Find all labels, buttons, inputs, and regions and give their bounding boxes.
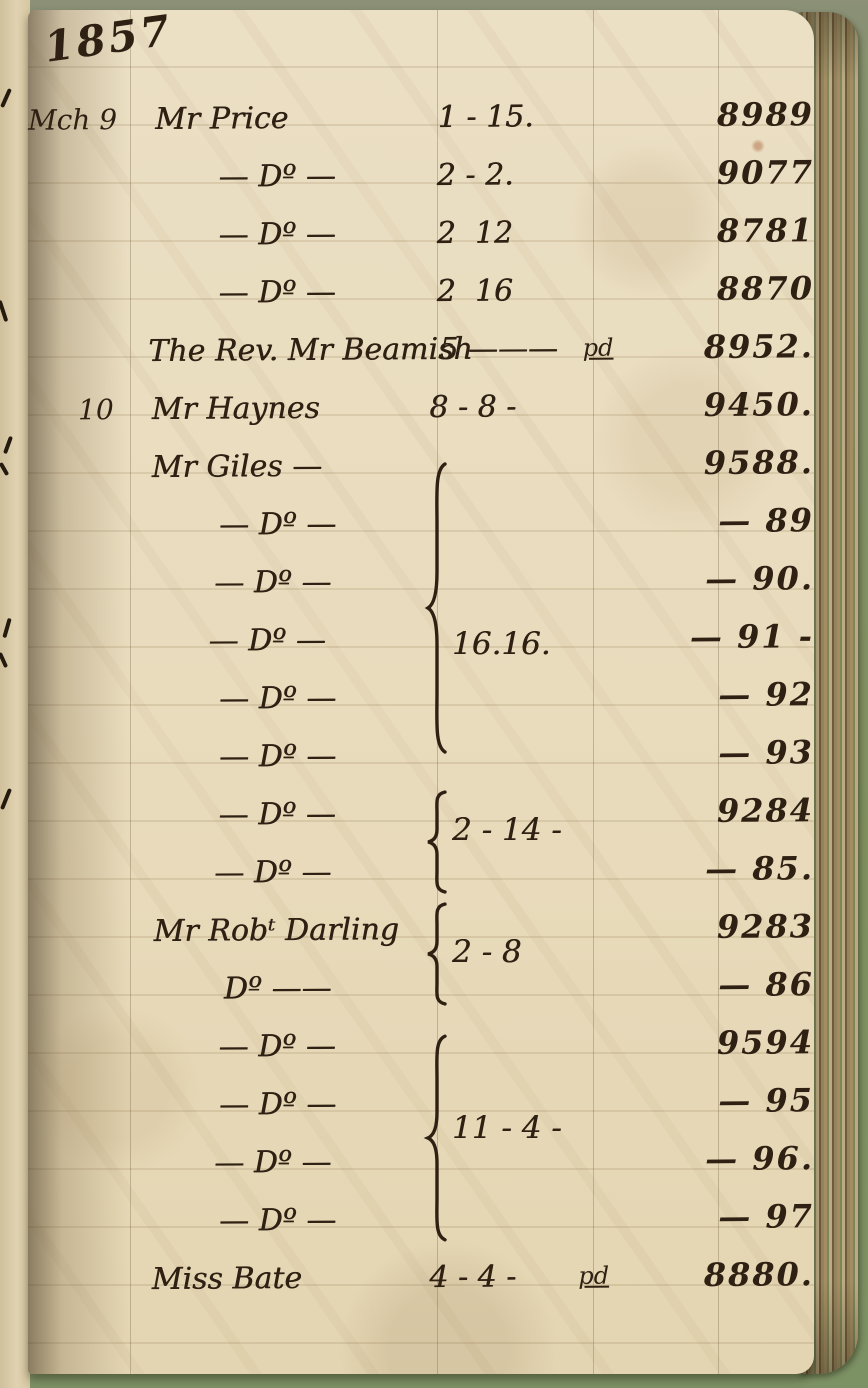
- amount-cell: 8 - 8 -: [419, 388, 568, 424]
- amount-cell: [428, 522, 581, 523]
- paid-cell: [580, 1217, 702, 1218]
- ledger-rows: Mch 9Mr Price1 - 15.8989— Dº —2 - 2.9077…: [28, 88, 814, 1306]
- name-cell: Mr Price: [129, 99, 428, 136]
- number-cell: — 85.: [689, 849, 814, 888]
- date-cell: Mch 9: [28, 103, 129, 137]
- group-amount-label: 2 - 8: [452, 934, 522, 970]
- ledger-row: The Rev. Mr Beamish5 ———pd8952.: [28, 317, 814, 380]
- amount-cell: [428, 754, 581, 755]
- ink-mark: [0, 462, 9, 476]
- number-cell: 8870: [701, 269, 814, 308]
- number-cell: 8989: [701, 95, 814, 134]
- date-cell: [28, 757, 128, 758]
- paid-cell: [568, 463, 687, 464]
- curly-brace-icon: [422, 902, 448, 1006]
- amount-cell: [428, 986, 581, 987]
- year-label: 1857: [41, 5, 175, 71]
- name-cell: — Dº —: [128, 215, 427, 252]
- ledger-row: — Dº —— 93: [28, 723, 814, 786]
- paid-cell: [579, 231, 701, 232]
- name-cell: — Dº —: [126, 564, 420, 601]
- amount-cell: 2 - 2.: [427, 156, 579, 192]
- name-cell: Dº ——: [128, 969, 428, 1006]
- amount-group: 11 - 4 -: [422, 1032, 448, 1244]
- curly-brace-icon: [422, 1032, 448, 1244]
- amount-group: 2 - 8: [422, 902, 448, 1006]
- amount-group: 2 - 14 -: [422, 790, 448, 894]
- paid-cell: [580, 521, 702, 522]
- number-cell: — 97: [702, 1197, 814, 1236]
- ledger-row: Mch 9Mr Price1 - 15.8989: [28, 85, 814, 148]
- ledger-row: — Dº —— 85.: [28, 839, 814, 902]
- ledger-row: — Dº —— 92: [28, 665, 814, 728]
- number-cell: — 96.: [689, 1139, 814, 1178]
- amount-cell: [427, 928, 579, 929]
- date-cell: [28, 1163, 126, 1164]
- number-cell: — 90.: [689, 559, 814, 598]
- number-cell: 8781: [701, 211, 814, 250]
- ledger-row: — Dº —— 97: [28, 1187, 814, 1250]
- paid-cell: [579, 289, 701, 290]
- ink-mark: [3, 436, 13, 454]
- ledger-row: — Dº —— 90.: [28, 549, 814, 612]
- ledger-row: — Dº —— 96.: [28, 1129, 814, 1192]
- ledger-page: 1857 Mch 9Mr Price1 - 15.8989— Dº —2 - 2…: [28, 10, 814, 1374]
- previous-page-edge: [0, 0, 30, 1388]
- date-cell: [28, 815, 128, 816]
- paid-cell: [579, 173, 701, 174]
- paid-cell: [579, 927, 701, 928]
- name-cell: — Dº —: [128, 1201, 428, 1238]
- date-cell: [28, 351, 122, 352]
- ledger-row: — Dº —2 - 2.9077: [28, 143, 814, 206]
- paid-cell: [580, 695, 702, 696]
- number-cell: — 89: [702, 501, 814, 540]
- paid-cell: [580, 753, 702, 754]
- date-cell: [28, 699, 128, 700]
- ledger-row: Mr Giles —9588.: [28, 433, 814, 496]
- ledger-row: Dº ——— 86: [28, 955, 814, 1018]
- number-cell: 9588.: [688, 443, 814, 482]
- number-cell: 9284: [701, 791, 814, 830]
- date-cell: 10: [28, 393, 126, 427]
- paid-cell: [579, 811, 701, 812]
- group-amount-label: 11 - 4 -: [452, 1110, 562, 1146]
- number-cell: 9594: [701, 1023, 814, 1062]
- amount-cell: 5 ———: [429, 330, 573, 366]
- name-cell: The Rev. Mr Beamish: [122, 331, 429, 368]
- ledger-row: — Dº —2 128781: [28, 201, 814, 264]
- name-cell: — Dº —: [128, 157, 427, 194]
- number-cell: 9077: [701, 153, 814, 192]
- amount-cell: [428, 696, 581, 697]
- number-cell: — 93: [702, 733, 814, 772]
- date-cell: [28, 931, 128, 932]
- name-cell: Mr Giles —: [126, 448, 420, 485]
- date-cell: [28, 177, 128, 178]
- amount-cell: [428, 1102, 581, 1103]
- amount-cell: 2 12: [427, 214, 579, 250]
- name-cell: — Dº —: [126, 1144, 420, 1181]
- paid-cell: [579, 115, 701, 116]
- number-cell: 8880.: [688, 1255, 814, 1294]
- paid-cell: pd: [568, 1261, 688, 1290]
- ink-mark: [2, 618, 11, 638]
- amount-group: 16.16.: [422, 458, 448, 758]
- amount-cell: [427, 1044, 579, 1045]
- number-cell: — 91 -: [674, 617, 814, 656]
- date-cell: [28, 1105, 128, 1106]
- curly-brace-icon: [422, 790, 448, 894]
- paid-cell: [569, 579, 689, 580]
- paid-cell: [569, 869, 689, 870]
- number-cell: — 95: [702, 1081, 814, 1120]
- date-cell: [28, 293, 128, 294]
- number-cell: 9450.: [688, 385, 814, 424]
- name-cell: Mr Haynes: [126, 390, 420, 427]
- amount-cell: 1 - 15.: [428, 98, 580, 134]
- name-cell: Mr Robᵗ Darling: [127, 911, 427, 948]
- name-cell: — Dº —: [128, 1085, 428, 1122]
- ink-mark: [0, 88, 12, 108]
- number-cell: 8952.: [688, 327, 814, 366]
- paid-cell: [569, 1159, 689, 1160]
- name-cell: — Dº —: [128, 679, 428, 716]
- ledger-row: — Dº —2 168870: [28, 259, 814, 322]
- name-cell: Miss Bate: [126, 1260, 420, 1297]
- paid-cell: [579, 1043, 701, 1044]
- name-cell: — Dº —: [128, 795, 427, 832]
- paid-cell: [568, 405, 687, 406]
- date-cell: [28, 1221, 128, 1222]
- amount-cell: [428, 1218, 581, 1219]
- paid-cell: [557, 637, 674, 638]
- group-amount-label: 16.16.: [452, 626, 551, 662]
- date-cell: [28, 583, 126, 584]
- date-cell: [28, 467, 126, 468]
- amount-cell: 2 16: [427, 272, 579, 308]
- date-cell: [28, 525, 128, 526]
- amount-cell: 4 - 4 -: [419, 1258, 568, 1294]
- name-cell: — Dº —: [126, 854, 420, 891]
- curly-brace-icon: [422, 458, 448, 758]
- ink-mark: [0, 652, 8, 668]
- ledger-row: 10Mr Haynes8 - 8 -9450.: [28, 375, 814, 438]
- number-cell: — 86: [702, 965, 814, 1004]
- date-cell: [28, 989, 128, 990]
- date-cell: [28, 641, 124, 642]
- group-amount-label: 2 - 14 -: [452, 812, 562, 848]
- date-cell: [28, 1279, 126, 1280]
- name-cell: — Dº —: [128, 273, 427, 310]
- paid-cell: [580, 985, 702, 986]
- ledger-row: Mr Robᵗ Darling9283: [28, 897, 814, 960]
- paid-cell: [580, 1101, 702, 1102]
- ink-mark: [0, 788, 12, 810]
- number-cell: — 92: [702, 675, 814, 714]
- ledger-row: — Dº —— 95: [28, 1071, 814, 1134]
- ledger-row: Miss Bate4 - 4 -pd8880.: [28, 1245, 814, 1308]
- name-cell: — Dº —: [128, 737, 428, 774]
- ledger-row: — Dº —9284: [28, 781, 814, 844]
- ledger-row: — Dº —— 89: [28, 491, 814, 554]
- date-cell: [28, 1047, 128, 1048]
- name-cell: — Dº —: [128, 505, 428, 542]
- number-cell: 9283: [701, 907, 814, 946]
- name-cell: — Dº —: [128, 1027, 427, 1064]
- name-cell: — Dº —: [124, 622, 411, 659]
- ink-mark: [0, 300, 8, 322]
- date-cell: [28, 873, 126, 874]
- scan-background: 1857 Mch 9Mr Price1 - 15.8989— Dº —2 - 2…: [0, 0, 868, 1388]
- paid-cell: pd: [573, 333, 688, 362]
- ledger-row: — Dº —— 91 -: [28, 607, 814, 670]
- date-cell: [28, 235, 128, 236]
- ledger-row: — Dº —9594: [28, 1013, 814, 1076]
